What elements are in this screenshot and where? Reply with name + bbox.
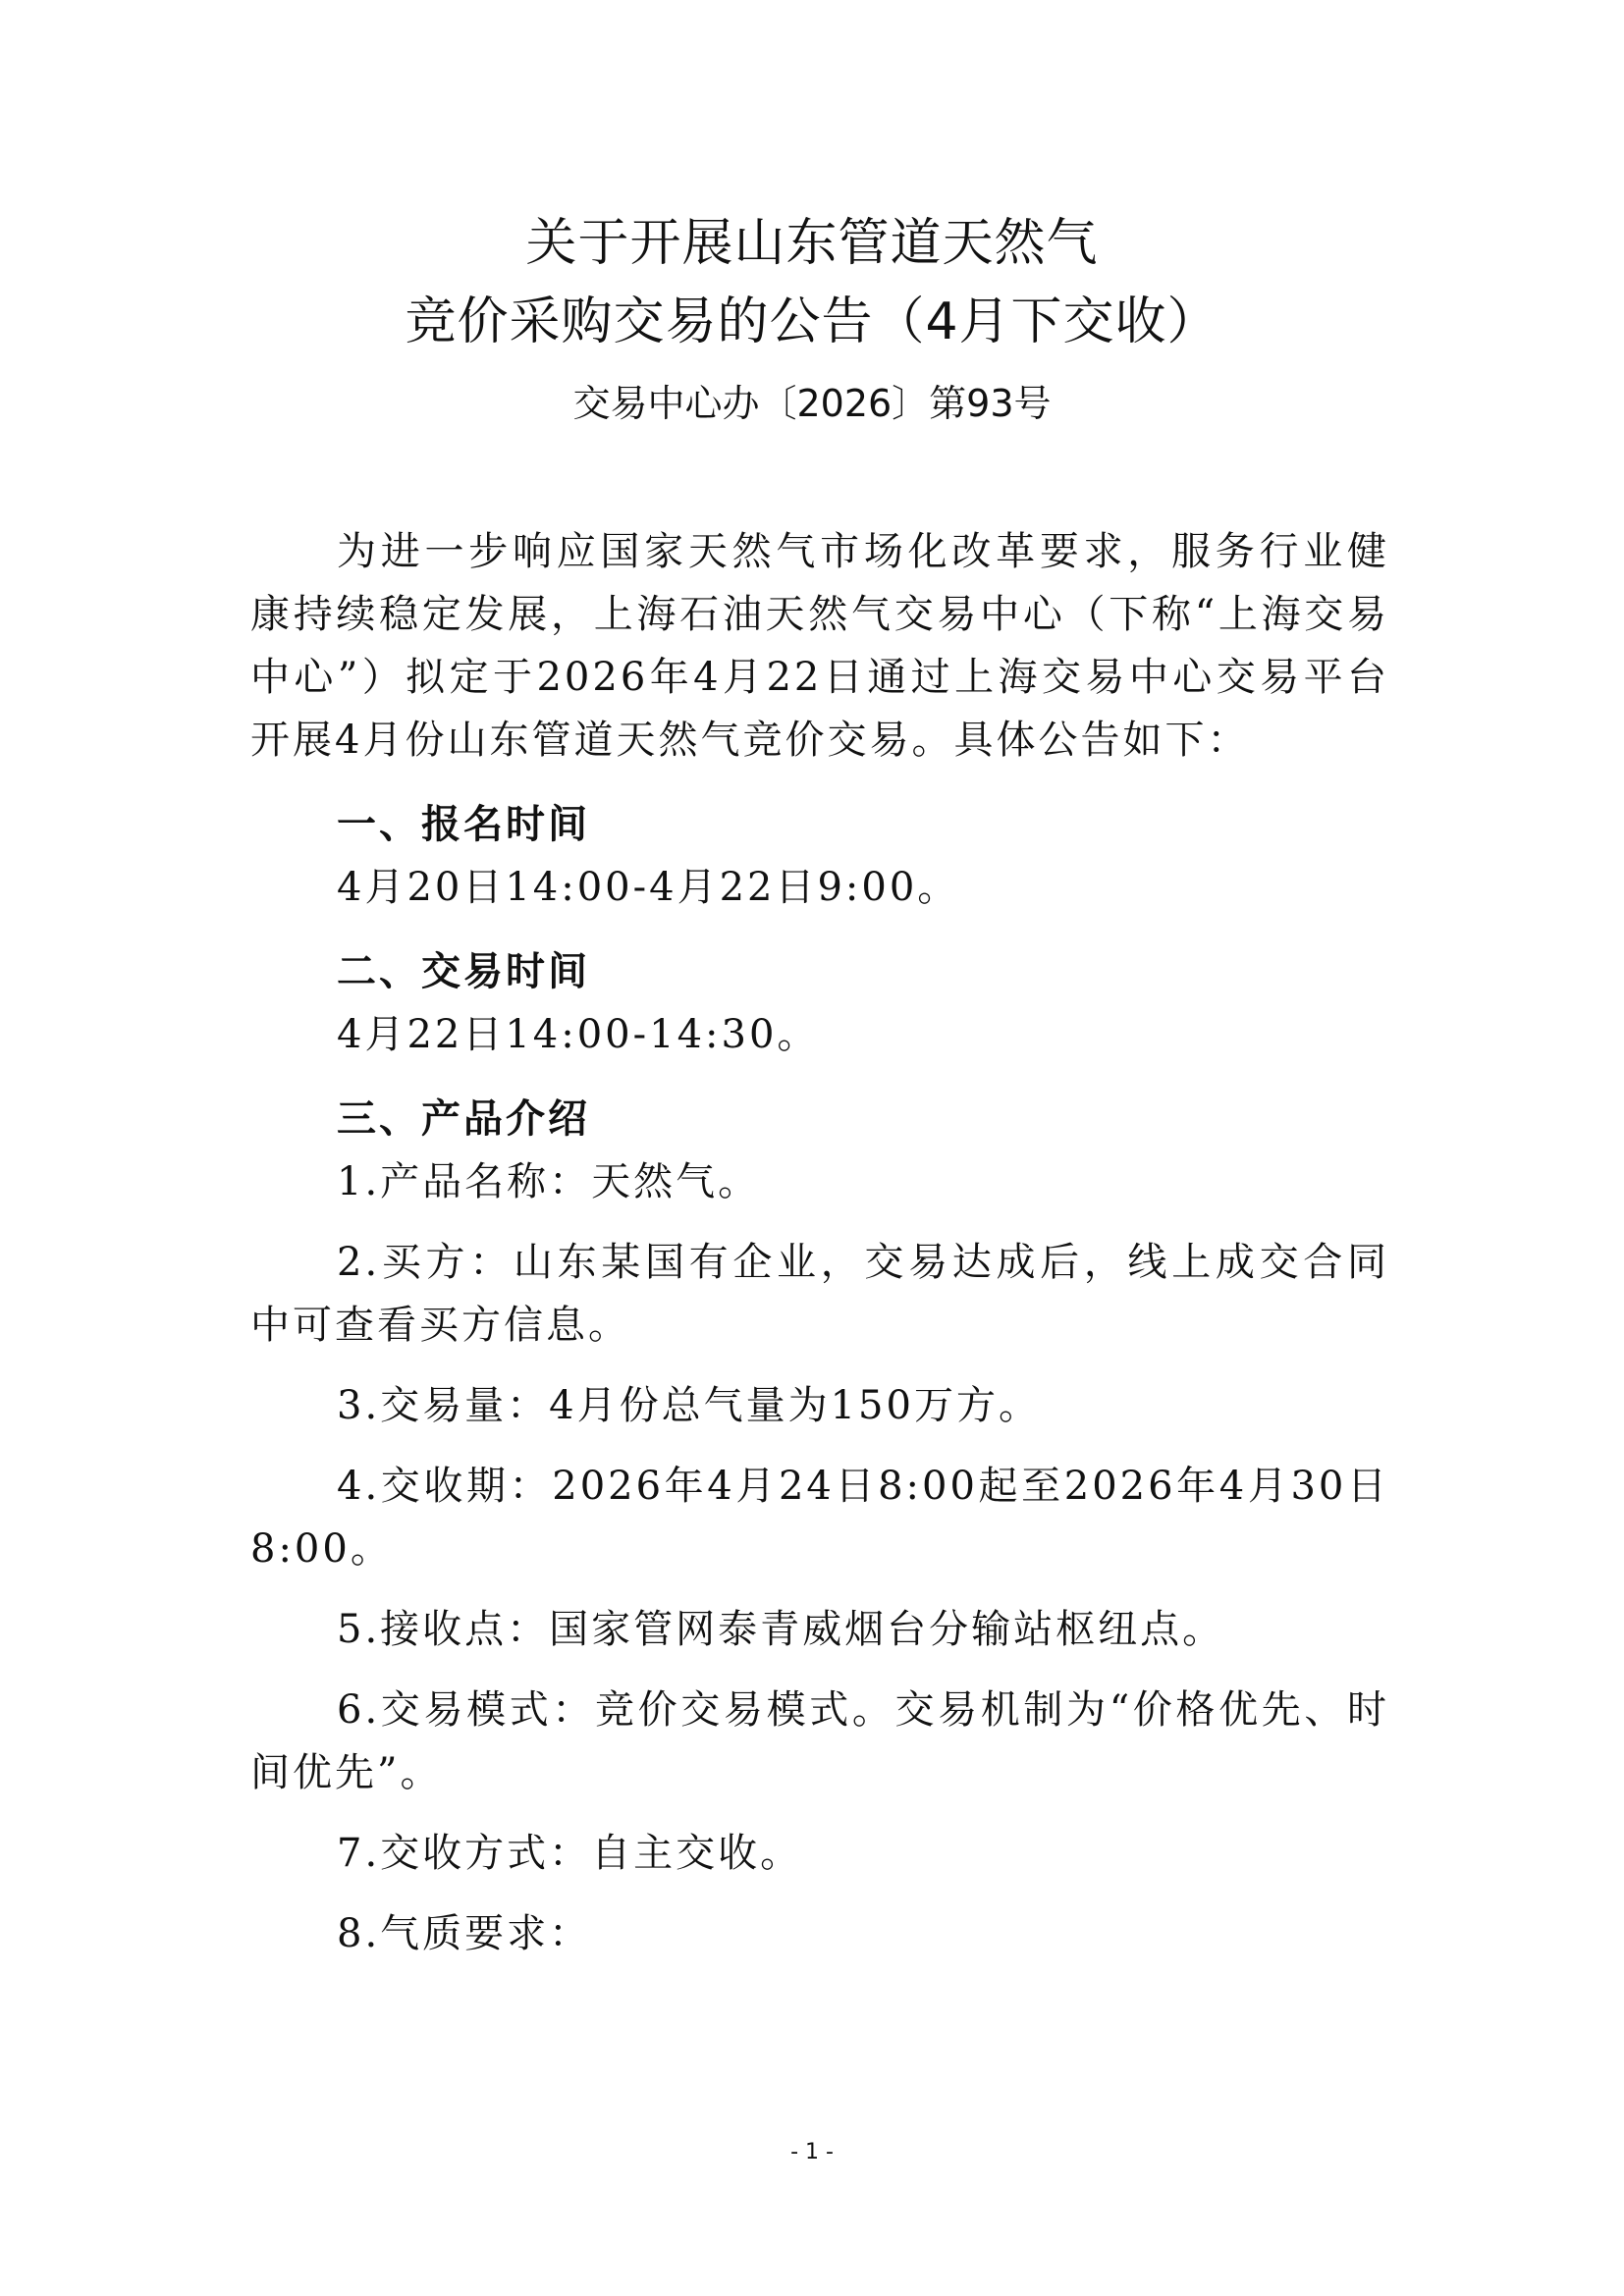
section-heading-product-intro: 三、产品介绍 [250,1088,1389,1150]
trading-time-text: 4月22日14:00-14:30。 [250,1003,1389,1066]
product-item-4: 4.交收期：2026年4月24日8:00起至2026年4月30日8:00。 [250,1455,1389,1580]
document-page: 关于开展山东管道天然气 竞价采购交易的公告（4月下交收） 交易中心办〔2026〕… [0,0,1624,2296]
document-number: 交易中心办〔2026〕第93号 [0,373,1624,427]
registration-time-text: 4月20日14:00-4月22日9:00。 [250,856,1389,919]
product-item-7: 7.交收方式：自主交收。 [250,1822,1389,1885]
product-item-2: 2.买方：山东某国有企业，交易达成后，线上成交合同中可查看买方信息。 [250,1231,1389,1357]
document-title-line-2: 竞价采购交易的公告（4月下交收） [0,280,1624,353]
product-item-3: 3.交易量：4月份总气量为150万方。 [250,1374,1389,1437]
product-item-5: 5.接收点：国家管网泰青威烟台分输站枢纽点。 [250,1598,1389,1661]
section-heading-registration-time: 一、报名时间 [250,793,1389,856]
document-body: 为进一步响应国家天然气市场化改革要求，服务行业健康持续稳定发展，上海石油天然气交… [250,520,1389,1965]
product-item-1: 1.产品名称：天然气。 [250,1150,1389,1213]
document-title-line-1: 关于开展山东管道天然气 [0,201,1624,275]
product-item-8: 8.气质要求： [250,1902,1389,1965]
section-heading-trading-time: 二、交易时间 [250,940,1389,1003]
page-number: - 1 - [0,2140,1624,2164]
product-item-6: 6.交易模式：竞价交易模式。交易机制为“价格优先、时间优先”。 [250,1679,1389,1804]
intro-paragraph: 为进一步响应国家天然气市场化改革要求，服务行业健康持续稳定发展，上海石油天然气交… [250,520,1389,772]
